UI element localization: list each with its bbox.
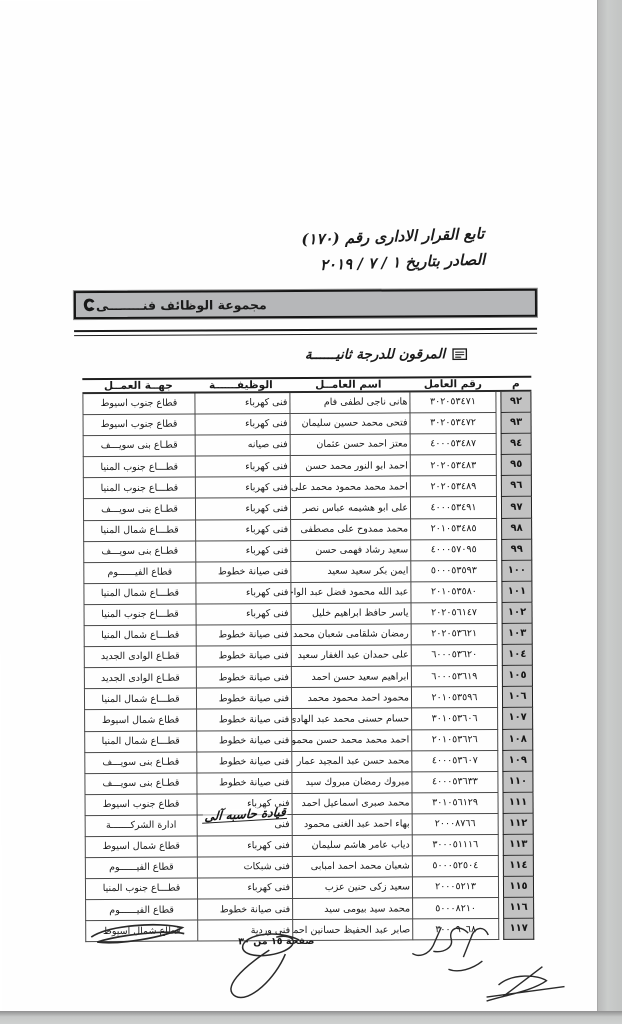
column-gap [499, 877, 503, 898]
worker-id-cell: ٣٠٢٠٥٣٤٧٢ [410, 413, 497, 435]
job-cell: فنى كهرباء [195, 456, 290, 478]
serial-cell: ١٠٨ [502, 729, 533, 750]
job-cell: فنى صيانه [195, 435, 290, 457]
worker-id-cell: ٢٠٢٠٥٣٦٢١ [411, 624, 498, 646]
worker-id-cell: ٣٠٠٠٥١١١٦ [412, 835, 499, 857]
worker-id-cell: ٢٠١٠٥٣٥٩٦ [411, 687, 498, 709]
worker-name-cell: بهاء احمد عبد الغنى محمود [292, 814, 412, 836]
column-gap [497, 561, 501, 582]
column-gap [497, 582, 501, 603]
worker-name-cell: على ابو هشيمه عباس نصر [290, 498, 410, 520]
serial-cell: ١١٤ [503, 856, 534, 877]
signature-scribble-corner [480, 961, 568, 1013]
work-entity-cell: قطـــاع شمال المنيا [84, 626, 196, 648]
work-entity-cell: قطـــاع جنوب المنيا [83, 478, 195, 500]
worker-name-cell: على حمدان عبد الغفار سعيد [291, 646, 411, 668]
worker-id-cell: ٤٠٠٠٥٣٤٨٧ [410, 434, 497, 456]
work-entity-cell: قطاع الفيــــــوم [85, 858, 197, 880]
column-gap [498, 793, 502, 814]
column-gap [497, 455, 501, 476]
worker-name-cell: ايمن بكر سعيد سعيد [290, 561, 410, 583]
column-gap [499, 919, 503, 940]
worker-name-cell: احمد ابو النور محمد حسن [290, 456, 410, 478]
worker-name-cell: رمضان شلقامى شعبان محمد [291, 624, 411, 646]
worker-id-cell: ٦٠٠٠٥٣٦٢٠ [411, 645, 498, 667]
work-entity-cell: قطـــاع شمال المنيا [83, 520, 195, 542]
worker-id-cell: ٥٠٠٠٥٣٥٩٣ [410, 561, 497, 583]
table-row: ١٠٦ ٢٠١٠٥٣٥٩٦ محمود احمد محمود محمد فنى … [84, 687, 533, 710]
column-gap [498, 624, 502, 645]
job-cell: فنى شبكات [197, 857, 292, 879]
worker-name-cell: سعيد زكى حنين عزب [292, 878, 412, 900]
work-entity-cell: قطـــاع شمال المنيا [84, 731, 196, 753]
decree-line2: الصادر بتاريخ ١ / ٧ / ٢٠١٩ [302, 246, 486, 278]
column-gap [499, 835, 503, 856]
serial-cell: ١٠٣ [502, 624, 533, 645]
job-cell: فنىقيادة حاسبه آلى [197, 815, 292, 837]
job-cell: فنى صيانة خطوط [196, 625, 291, 647]
table-row: ٩٧ ٤٠٠٠٥٣٤٩١ على ابو هشيمه عباس نصر فنى … [83, 497, 532, 520]
work-entity-cell: قطاع الفيــــــوم [83, 562, 195, 584]
serial-cell: ١١١ [502, 793, 533, 814]
table-row: ٩٢ ٣٠٢٠٥٣٤٧١ هانى ناجى لطفى فام فنى كهرب… [82, 392, 531, 415]
table-row: ١١١ ٣٠١٠٥٦١٢٩ محمد صبرى اسماعيل احمد فنى… [85, 793, 534, 816]
job-cell: فنى كهرباء [197, 836, 292, 858]
column-gap [499, 856, 503, 877]
work-entity-cell: قطـاع الوادى الجديد [84, 668, 196, 690]
worker-id-cell: ٢٠١٠٥٣٥٨٠ [410, 582, 497, 604]
table-row: ٩٦ ٢٠٢٠٥٣٤٨٩ احمد محمد محمود محمد على فن… [83, 476, 532, 499]
worker-id-cell: ٤٠٠٠٥٣٤٩١ [410, 497, 497, 519]
column-gap [498, 666, 502, 687]
table-row: ٩٩ ٤٠٠٠٥٧٠٩٥ سعيد رشاد فهمى حسن فنى كهرب… [83, 539, 532, 562]
worker-id-cell: ٣٠٢٠٥٣٤٧١ [409, 392, 496, 414]
serial-cell: ١٠١ [501, 582, 532, 603]
job-cell: فنى كهرباء [195, 477, 290, 499]
table-row: ١١٥ ٢٠٠٠٥٢١٣ سعيد زكى حنين عزب فنى كهربا… [85, 877, 534, 900]
column-gap [498, 687, 502, 708]
work-entity-cell: قطاع شمال اسيوط [85, 837, 197, 859]
serial-cell: ١١٧ [503, 919, 534, 940]
worker-name-cell: حسام حسنى محمد عبد الهادى [291, 709, 411, 731]
worker-name-cell: فتحى محمد حسين سليمان [290, 414, 410, 436]
worker-name-cell: سعيد رشاد فهمى حسن [290, 540, 410, 562]
job-cell: فنى صيانة خطوط [195, 562, 290, 584]
column-gap [497, 413, 501, 434]
column-gap [498, 729, 502, 750]
worker-name-cell: محمد صبرى اسماعيل احمد [292, 793, 412, 815]
column-gap [498, 751, 502, 772]
worker-name-cell: محمد ممدوح على مصطفى [290, 519, 410, 541]
decree-header: تابع القرار الادارى رقم (١٧٠) الصادر بتا… [301, 220, 486, 278]
scan-edge-bottom [0, 1011, 622, 1024]
worker-id-cell: ٢٠١٠٥٣٦٢٦ [411, 729, 498, 751]
serial-cell: ١١٦ [503, 898, 534, 919]
work-entity-cell: قطـاع بنى سويـــف [83, 499, 195, 521]
serial-cell: ١٠٥ [502, 666, 533, 687]
job-cell: فنى كهرباء [197, 878, 292, 900]
work-entity-cell: قطـــاع جنوب المنيا [85, 879, 197, 901]
job-group-banner: مجموعة الوظائف فنــــــــى [74, 289, 537, 319]
work-entity-cell: قطـاع بنى سويـــف [83, 436, 195, 458]
serial-cell: ٩٦ [501, 476, 532, 497]
job-cell: فنى كهرباء [195, 499, 290, 521]
table-row: ١٠٧ ٣٠١٠٥٣٦٠٦ حسام حسنى محمد عبد الهادى … [84, 708, 533, 731]
column-gap [498, 603, 502, 624]
table-row: ١١٠ ٤٠٠٠٥٣٦٣٣ مبروك رمضان مبروك سيد فنى … [84, 771, 533, 794]
column-gap [499, 898, 503, 919]
handwritten-job-note: قيادة حاسبه آلى [202, 806, 288, 824]
work-entity-cell: قطـاع بنى سويـــف [84, 773, 196, 795]
work-entity-cell: قطـاع بنى سويـــف [84, 752, 196, 774]
serial-cell: ٩٩ [501, 539, 532, 560]
table-body: ٩٢ ٣٠٢٠٥٣٤٧١ هانى ناجى لطفى فام فنى كهرب… [82, 392, 534, 943]
work-entity-cell: قطاع شمال اسيوط [84, 710, 196, 732]
worker-name-cell: ابراهيم سعيد حسن احمد [291, 667, 411, 689]
serial-cell: ١٠٢ [502, 603, 533, 624]
table-row: ١٠٤ ٦٠٠٠٥٣٦٢٠ على حمدان عبد الغفار سعيد … [84, 645, 533, 668]
work-entity-cell: قطـــاع جنوب المنيا [83, 457, 195, 479]
work-entity-cell: قطـــاع جنوب المنيا [84, 604, 196, 626]
worker-name-cell: محمد سيد بيومى سيد [292, 899, 412, 921]
work-entity-cell: قطـــاع شمال المنيا [83, 583, 195, 605]
worker-id-cell: ٢٠٠٠٥٢١٣ [412, 877, 499, 899]
serial-cell: ١١٠ [502, 771, 533, 792]
serial-cell: ١١٢ [503, 814, 534, 835]
worker-id-cell: ٤٠٠٠٥٧٠٩٥ [410, 540, 497, 562]
header-worker-name: اسم العامــل [289, 378, 409, 391]
form-icon [452, 348, 467, 360]
column-gap [499, 814, 503, 835]
job-cell: فنى صيانة خطوط [196, 646, 291, 668]
column-gap [498, 772, 502, 793]
column-gap [497, 519, 501, 540]
worker-id-cell: ٢٠٢٠٥٣٤٨٩ [410, 476, 497, 498]
serial-cell: ١٠٠ [501, 561, 532, 582]
table-row: ٩٥ ٢٠٢٠٥٣٤٨٣ احمد ابو النور محمد حسن فنى… [83, 455, 532, 478]
job-cell: فنى كهرباء [194, 393, 289, 415]
column-gap [497, 540, 501, 561]
table-row: ١٠٥ ٦٠٠٠٥٣٦١٩ ابراهيم سعيد حسن احمد فنى … [84, 666, 533, 689]
scan-edge-right [597, 0, 622, 1024]
worker-id-cell: ٤٠٠٠٥٣٦٣٣ [411, 772, 498, 794]
work-entity-cell: قطاع جنوب اسيوط [82, 394, 194, 416]
serial-cell: ٩٥ [501, 455, 532, 476]
job-cell: فنى كهرباء [196, 604, 291, 626]
header-work-entity: جهــة العمــل [82, 380, 194, 393]
column-gap [496, 392, 500, 413]
table-row: ١٠٩ ٤٠٠٠٥٣٦٠٧ محمد حسن عبد المجيد عمار ف… [84, 750, 533, 773]
column-gap [498, 645, 502, 666]
scanned-page: تابع القرار الادارى رقم (١٧٠) الصادر بتا… [0, 0, 601, 1016]
job-cell: فنى صيانة خطوط [196, 667, 291, 689]
header-serial: م [500, 378, 531, 390]
work-entity-cell: قطـــاع شمال المنيا [84, 689, 196, 711]
serial-cell: ٩٧ [501, 497, 532, 518]
serial-cell: ١٠٩ [502, 750, 533, 771]
job-cell: فنى صيانة خطوط [196, 752, 291, 774]
job-cell: فنى كهرباء [195, 520, 290, 542]
worker-id-cell: ٣٠١٠٥٦١٢٩ [412, 793, 499, 815]
worker-id-cell: ٢٠٢٠٥٦١٤٧ [411, 603, 498, 625]
worker-id-cell: ٤٠٠٠٥٣٦٠٧ [411, 751, 498, 773]
job-cell: فنى كهرباء [195, 414, 290, 436]
column-gap [497, 434, 501, 455]
work-entity-cell: قطـاع بنى سويـــف [83, 541, 195, 563]
section-title: المرقون للدرجة ثانيــــــة [305, 346, 467, 363]
serial-cell: ١٠٧ [502, 708, 533, 729]
worker-name-cell: مبروك رمضان مبروك سيد [291, 772, 411, 794]
serial-cell: ٩٤ [501, 434, 532, 455]
job-cell: فنى صيانة خطوط [197, 899, 292, 921]
table-row: ١٠٣ ٢٠٢٠٥٣٦٢١ رمضان شلقامى شعبان محمد فن… [84, 624, 533, 647]
divider-double-rule [74, 328, 537, 336]
work-entity-cell: قطاع جنوب اسيوط [83, 415, 195, 437]
job-cell: فنى كهرباء [195, 583, 290, 605]
serial-cell: ١٠٦ [502, 687, 533, 708]
job-cell: فنى صيانة خطوط [196, 709, 291, 731]
serial-cell: ٩٣ [501, 413, 532, 434]
column-gap [497, 497, 501, 518]
worker-id-cell: ٣٠١٠٥٣٦٠٦ [411, 708, 498, 730]
employee-table: م رقم العامل اسم العامــل الوظيفــــــة … [82, 376, 534, 943]
table-row: ١٠٢ ٢٠٢٠٥٦١٤٧ ياسر حافظ ابراهيم خليل فنى… [84, 603, 533, 626]
serial-cell: ١١٣ [503, 835, 534, 856]
worker-name-cell: محمد حسن عبد المجيد عمار [291, 751, 411, 773]
worker-id-cell: ٦٠٠٠٥٣٦١٩ [411, 666, 498, 688]
signature-scribble-left [87, 919, 187, 952]
table-row: ١١٣ ٣٠٠٠٥١١١٦ دياب عامر هاشم سليمان فنى … [85, 835, 534, 858]
serial-cell: ٩٨ [501, 518, 532, 539]
worker-id-cell: ٢٠١٠٥٣٤٨٥ [410, 519, 497, 541]
table-row: ٩٨ ٢٠١٠٥٣٤٨٥ محمد ممدوح على مصطفى فنى كه… [83, 518, 532, 541]
worker-id-cell: ٥٠٠٠٥٢٥٠٤ [412, 856, 499, 878]
header-job: الوظيفــــــة [194, 379, 289, 391]
job-cell: فنى صيانة خطوط [196, 731, 291, 753]
table-row: ١١٤ ٥٠٠٠٥٢٥٠٤ شعبان محمد احمد امبابى فنى… [85, 856, 534, 879]
worker-name-cell: شعبان محمد احمد امبابى [292, 856, 412, 878]
table-row: ١٠٠ ٥٠٠٠٥٣٥٩٣ ايمن بكر سعيد سعيد فنى صيا… [83, 561, 532, 584]
job-cell: فنى صيانة خطوط [196, 773, 291, 795]
signature-scribble-center [207, 926, 307, 1001]
worker-name-cell: احمد محمد محمود محمد على [290, 477, 410, 499]
worker-name-cell: معتز احمد حسن عثمان [290, 435, 410, 457]
work-entity-cell: ادارة الشركـــــــة [85, 815, 197, 837]
header-worker-id: رقم العامل [409, 378, 496, 390]
table-row: ٩٣ ٣٠٢٠٥٣٤٧٢ فتحى محمد حسين سليمان فنى ك… [83, 413, 532, 436]
job-cell: فنى كهرباء [195, 541, 290, 563]
section-title-label: المرقون للدرجة ثانيــــــة [305, 346, 445, 363]
work-entity-cell: قطـاع الوادى الجديد [84, 647, 196, 669]
worker-name-cell: عبد الله محمود فضل عبد الواحد [290, 582, 410, 604]
worker-id-cell: ٢٠٠٠٨٧٦٦ [412, 814, 499, 836]
table-row: ٩٤ ٤٠٠٠٥٣٤٨٧ معتز احمد حسن عثمان فنى صيا… [83, 434, 532, 457]
worker-name-cell: احمد محمد محمد حسن محمود [291, 730, 411, 752]
worker-name-cell: دياب عامر هاشم سليمان [292, 835, 412, 857]
dingbat-icon [83, 298, 96, 312]
worker-name-cell: محمود احمد محمود محمد [291, 688, 411, 710]
serial-cell: ١١٥ [503, 877, 534, 898]
worker-name-cell: ياسر حافظ ابراهيم خليل [291, 603, 411, 625]
work-entity-cell: قطاع جنوب اسيوط [85, 794, 197, 816]
column-gap [497, 476, 501, 497]
serial-cell: ٩٢ [500, 392, 531, 413]
worker-id-cell: ٢٠٢٠٥٣٤٨٣ [410, 455, 497, 477]
table-row: ١٠١ ٢٠١٠٥٣٥٨٠ عبد الله محمود فضل عبد الو… [83, 582, 532, 605]
table-row: ١٠٨ ٢٠١٠٥٣٦٢٦ احمد محمد محمد حسن محمود ف… [84, 729, 533, 752]
job-group-label: مجموعة الوظائف فنــــــــى [96, 297, 267, 313]
job-cell: فنى صيانة خطوط [196, 688, 291, 710]
serial-cell: ١٠٤ [502, 645, 533, 666]
worker-name-cell: هانى ناجى لطفى فام [289, 392, 409, 414]
table-row: ١١٢ ٢٠٠٠٨٧٦٦ بهاء احمد عبد الغنى محمود ف… [85, 814, 534, 837]
column-gap [498, 708, 502, 729]
column-gap [496, 378, 500, 390]
